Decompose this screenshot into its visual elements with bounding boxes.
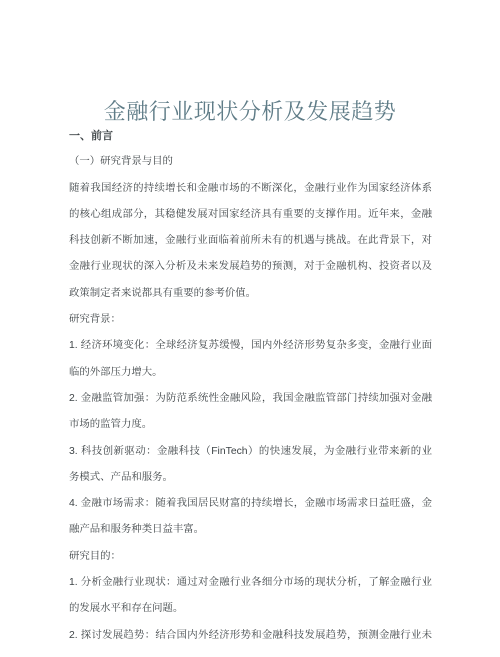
text-line: 科技创新不断加速，金融行业面临着前所未有的机遇与挑战。在此背景下，对 (69, 228, 432, 254)
text-line: 随着我国经济的持续增长和金融市场的不断深化，金融行业作为国家经济体系 (69, 176, 432, 202)
list-label: 研究背景： (69, 307, 432, 333)
document-title: 金融行业现状分析及发展趋势 (0, 95, 500, 126)
subsection-heading: （一）研究背景与目的 (69, 149, 432, 175)
text-line: 的发展水平和存在问题。 (69, 596, 432, 622)
text-line: 的核心组成部分，其稳健发展对国家经济具有重要的支撑作用。近年来，金融 (69, 202, 432, 228)
list-item: 1. 经济环境变化：全球经济复苏缓慢，国内外经济形势复杂多变，金融行业面 (69, 333, 432, 359)
document-body: 一、前言 （一）研究背景与目的 随着我国经济的持续增长和金融市场的不断深化，金融… (69, 123, 432, 649)
list-item: 4. 金融市场需求：随着我国居民财富的持续增长，金融市场需求日益旺盛，金 (69, 491, 432, 517)
text-line: 融产品和服务种类日益丰富。 (69, 517, 432, 543)
list-item: 2. 金融监管加强：为防范系统性金融风险，我国金融监管部门持续加强对金融 (69, 386, 432, 412)
list-item: 1. 分析金融行业现状：通过对金融行业各细分市场的现状分析，了解金融行业 (69, 570, 432, 596)
text-line: 市场的监管力度。 (69, 412, 432, 438)
text-line: 金融行业现状的深入分析及未来发展趋势的预测，对于金融机构、投资者以及 (69, 254, 432, 280)
document-page: { "document": { "title": "金融行业现状分析及发展趋势"… (0, 0, 500, 657)
list-label: 研究目的： (69, 544, 432, 570)
section-heading: 一、前言 (69, 123, 432, 149)
list-item: 3. 科技创新驱动：金融科技（FinTech）的快速发展，为金融行业带来新的业 (69, 439, 432, 465)
text-line: 政策制定者来说都具有重要的参考价值。 (69, 281, 432, 307)
list-item: 2. 探讨发展趋势：结合国内外经济形势和金融科技发展趋势，预测金融行业未 (69, 623, 432, 649)
text-line: 务模式、产品和服务。 (69, 465, 432, 491)
text-line: 临的外部压力增大。 (69, 360, 432, 386)
